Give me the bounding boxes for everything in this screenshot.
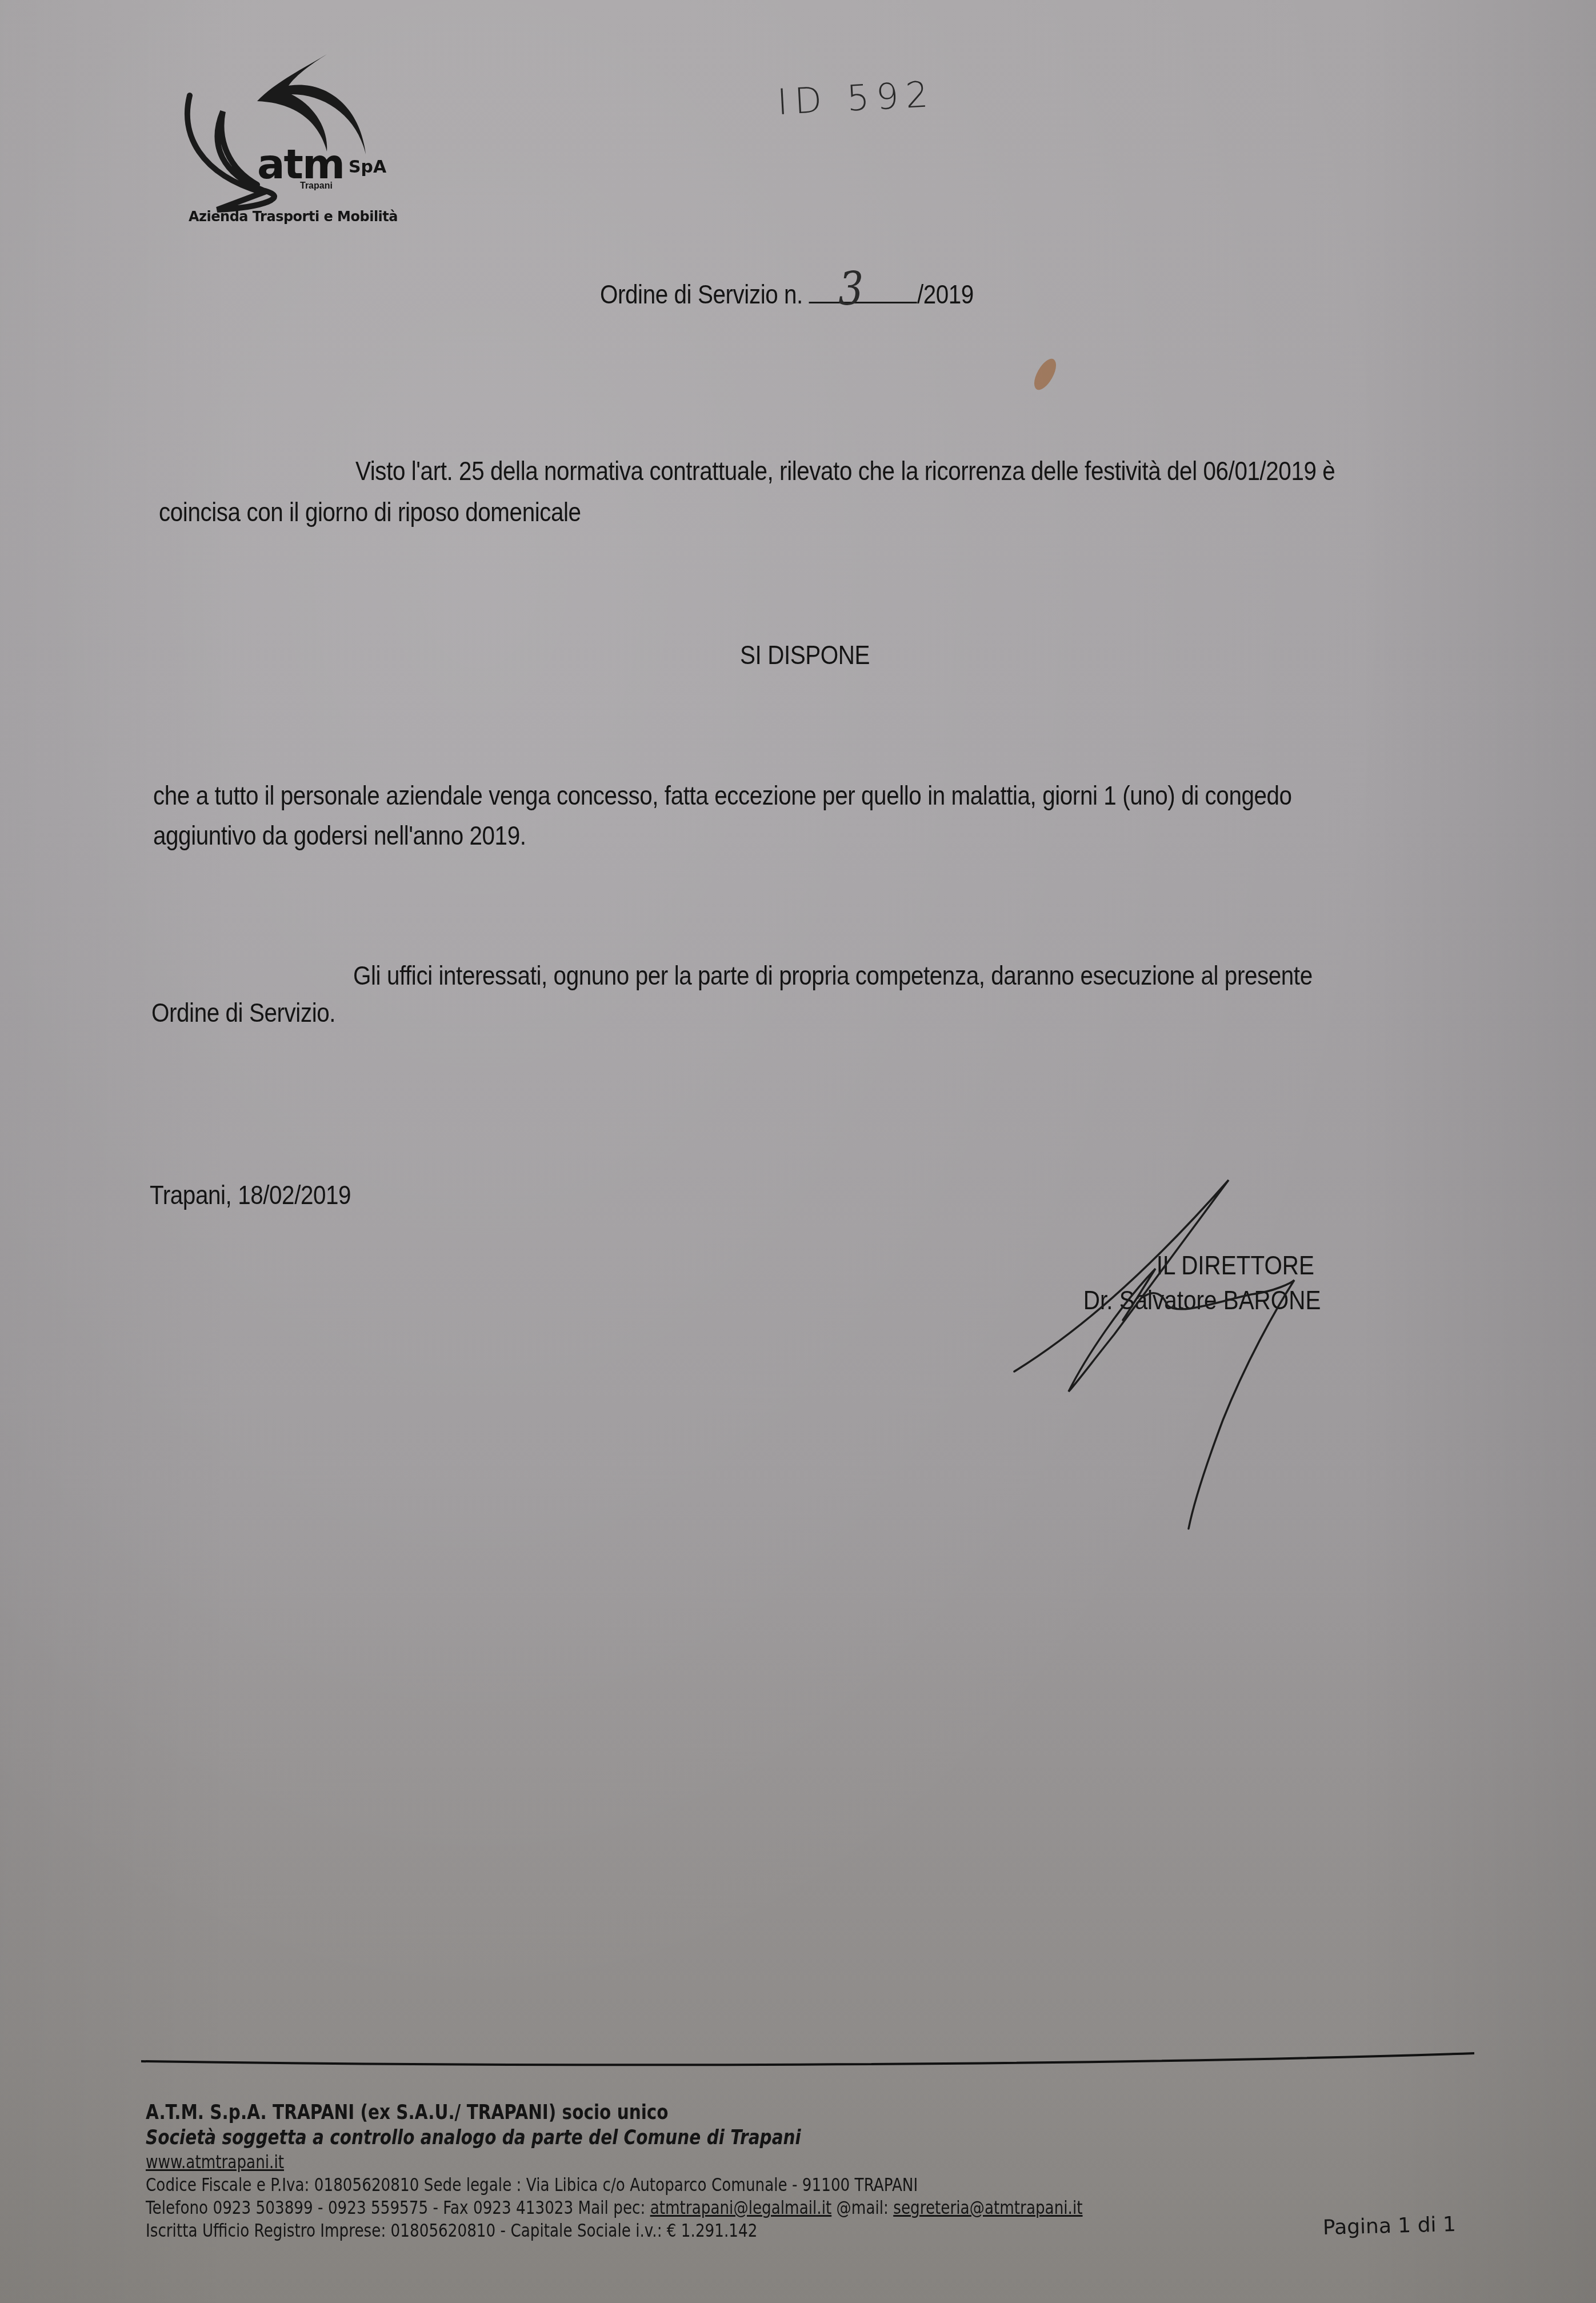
page-indicator: Pagina 1 di 1 bbox=[1323, 2213, 1457, 2240]
logo-city: Trapani bbox=[300, 181, 333, 191]
footer-phone-fax: Telefono 0923 503899 - 0923 559575 - Fax… bbox=[146, 2197, 645, 2218]
logo-brand-suffix: SpA bbox=[349, 157, 386, 177]
paper-shading bbox=[0, 0, 1596, 2303]
footer-pec-email-link[interactable]: atmtrapani@legalmail.it bbox=[650, 2197, 832, 2218]
place-date: Trapani, 18/02/2019 bbox=[150, 1181, 351, 1208]
company-logo: atm SpA Trapani Azienda Trasporti e Mobi… bbox=[177, 43, 406, 231]
footer-mail-email-link[interactable]: segreteria@atmtrapani.it bbox=[893, 2197, 1082, 2218]
paragraph-2-line-1: che a tutto il personale aziendale venga… bbox=[153, 782, 1292, 809]
footer-registry-line: Iscritta Ufficio Registro Imprese: 01805… bbox=[146, 2219, 1083, 2242]
footer-control-note: Società soggetta a controllo analogo da … bbox=[146, 2125, 1083, 2150]
footer: A.T.M. S.p.A. TRAPANI (ex S.A.U./ TRAPAN… bbox=[146, 2100, 1288, 2242]
logo-tagline: Azienda Trasporti e Mobilità bbox=[189, 209, 398, 225]
paragraph-1-line-2: coincisa con il giorno di riposo domenic… bbox=[159, 498, 581, 525]
paragraph-3-line-1: Gli uffici interessati, ognuno per la pa… bbox=[353, 962, 1313, 989]
paragraph-3-line-2: Ordine di Servizio. bbox=[151, 999, 335, 1026]
handwritten-signature-icon bbox=[1006, 1174, 1326, 1540]
footer-contacts-line: Telefono 0923 503899 - 0923 559575 - Fax… bbox=[146, 2196, 1083, 2219]
dispone-heading: SI DISPONE bbox=[740, 641, 870, 668]
footer-company: A.T.M. S.p.A. TRAPANI (ex S.A.U./ TRAPAN… bbox=[146, 2100, 1083, 2125]
footer-mail-label: @mail: bbox=[837, 2197, 889, 2218]
order-number-handwritten: 3 bbox=[838, 266, 863, 312]
footer-fiscal-line: Codice Fiscale e P.Iva: 01805620810 Sede… bbox=[146, 2173, 1083, 2196]
order-title-prefix: Ordine di Servizio n. bbox=[600, 279, 803, 309]
order-year: /2019 bbox=[917, 279, 974, 309]
handwritten-id-note: ID 592 bbox=[776, 73, 936, 123]
order-title: Ordine di Servizio n. 3 /2019 bbox=[600, 279, 974, 307]
paper-stain bbox=[1029, 355, 1061, 393]
swirl-logo-icon bbox=[177, 43, 406, 214]
footer-divider bbox=[140, 2049, 1477, 2072]
footer-website-link[interactable]: www.atmtrapani.it bbox=[146, 2151, 284, 2173]
order-number-field: 3 bbox=[809, 279, 917, 303]
paragraph-1-line-1: Visto l'art. 25 della normativa contratt… bbox=[355, 457, 1335, 484]
paragraph-2-line-2: aggiuntivo da godersi nell'anno 2019. bbox=[153, 822, 526, 849]
